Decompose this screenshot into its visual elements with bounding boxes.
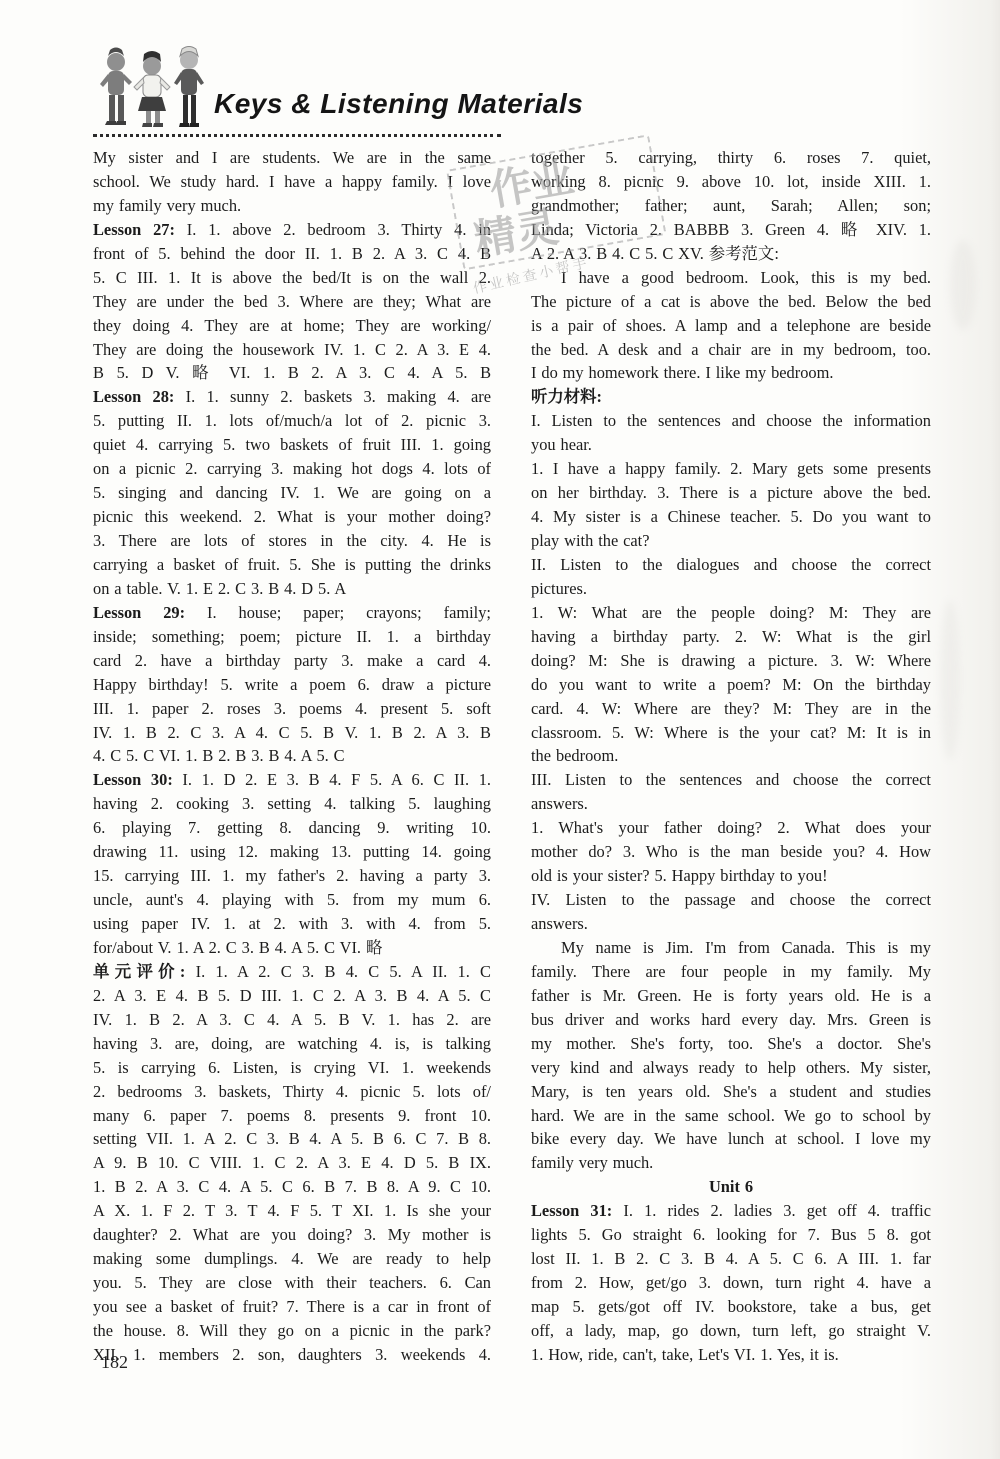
text-line: lost II. 1. B 2. C 3. B 4. A 5. C 6. A I… [531,1247,931,1271]
text-line: 2. bedrooms 3. baskets, Thirty 4. picnic… [93,1080,491,1104]
text-line: family very much. [531,1151,931,1175]
section-heading: Lesson 31: [531,1201,612,1220]
text-line: 3. There are lots of stores in the city.… [93,529,491,553]
text-line: 5. is carrying 6. Listen, is crying VI. … [93,1056,491,1080]
text-line: on a table. V. 1. E 2. C 3. B 4. D 5. A [93,577,491,601]
text-line: inside; something; poem; picture II. 1. … [93,625,491,649]
text-line: answers. [531,792,931,816]
text-line: making some dumplings. 4. We are ready t… [93,1247,491,1271]
text-line: 1. How, ride, can't, take, Let's VI. 1. … [531,1343,931,1367]
right-column: together 5. carrying, thirty 6. roses 7.… [531,146,931,1367]
text-line: A 9. B 10. C VIII. 1. C 2. A 3. E 4. D 5… [93,1151,491,1175]
text-line: my mother. She's forty, too. She's a doc… [531,1032,931,1056]
text-line: I have a good bedroom. Look, this is my … [531,266,931,290]
text-line: grandmother; father; aunt, Sarah; Allen;… [531,194,931,218]
text-line: family. There are four people in my fami… [531,960,931,984]
text-line: Lesson 27: I. 1. above 2. bedroom 3. Thi… [93,218,491,242]
text-line: off, a lady, map, go down, turn left, go… [531,1319,931,1343]
section-heading: Lesson 28: [93,387,174,406]
text-line: 5. C III. 1. It is above the bed/It is o… [93,266,491,290]
section-heading: Lesson 29: [93,603,185,622]
dotted-divider [93,112,501,137]
text-line: 6. playing 7. getting 8. dancing 9. writ… [93,816,491,840]
section-heading: Lesson 30: [93,770,173,789]
text-line: My sister and I are students. We are in … [93,146,491,170]
page-header: Keys & Listening Materials [0,0,1000,148]
text-line: you see a basket of fruit? 7. There is a… [93,1295,491,1319]
text-line: very kind and always ready to help other… [531,1056,931,1080]
text-line: father is Mr. Green. He is forty years o… [531,984,931,1008]
text-line: They are doing the housework IV. 1. C 2.… [93,338,491,362]
text-line: I. Listen to the sentences and choose th… [531,409,931,433]
text-line: using paper IV. 1. at 2. with 3. with 4.… [93,912,491,936]
text-line: do you want to write a poem? M: On the b… [531,673,931,697]
text-line: My name is Jim. I'm from Canada. This is… [531,936,931,960]
text-line: 4. C 5. C VI. 1. B 2. B 3. B 4. A 5. C [93,744,491,768]
text-line: Lesson 31: I. 1. rides 2. ladies 3. get … [531,1199,931,1223]
text-line: Unit 6 [531,1175,931,1199]
text-line: quiet 4. carrying 5. two baskets of frui… [93,433,491,457]
text-line: daughter? 2. What are you doing? 3. My m… [93,1223,491,1247]
text-line: many 6. paper 7. poems 8. presents 9. fr… [93,1104,491,1128]
text-line: 1. I have a happy family. 2. Mary gets s… [531,457,931,481]
text-line: you hear. [531,433,931,457]
text-line: classroom. 5. W: Where is the your cat? … [531,721,931,745]
text-line: pictures. [531,577,931,601]
text-line: bus driver and works hard every day. Mrs… [531,1008,931,1032]
text-line: the house. 8. Will they go on a picnic i… [93,1319,491,1343]
text-line: map 5. gets/got off IV. bookstore, take … [531,1295,931,1319]
text-line: III. 1. paper 2. roses 3. poems 4. prese… [93,697,491,721]
text-line: IV. 1. B 2. A 3. C 4. A 5. B V. 1. has 2… [93,1008,491,1032]
text-line: play with the cat? [531,529,931,553]
text-line: drawing 11. using 12. making 13. putting… [93,840,491,864]
text-line: 5. putting II. 1. lots of/much/a lot of … [93,409,491,433]
text-line: old is your sister? 5. Happy birthday to… [531,864,931,888]
section-heading: Unit 6 [709,1177,753,1196]
section-heading: 听力材料: [531,387,602,406]
text-line: II. Listen to the dialogues and choose t… [531,553,931,577]
scan-smudge [940,600,960,760]
text-line: They are under the bed 3. Where are they… [93,290,491,314]
text-line: III. Listen to the sentences and choose … [531,768,931,792]
text-line: The picture of a cat is above the bed. B… [531,290,931,314]
text-line: IV. 1. B 2. C 3. A 4. C 5. B V. 1. B 2. … [93,721,491,745]
text-line: 听力材料: [531,385,931,409]
text-line: 1. W: What are the people doing? M: They… [531,601,931,625]
page-number: 182 [101,1352,128,1373]
text-line: bike every day. We have lunch at school.… [531,1127,931,1151]
text-line: A 2. A 3. B 4. C 5. C XV. 参考范文: [531,242,931,266]
text-line: Linda; Victoria 2. BABBB 3. Green 4. 略 X… [531,218,931,242]
text-line: on her birthday. 3. There is a picture a… [531,481,931,505]
text-line: setting VII. 1. A 2. C 3. B 4. A 5. B 6.… [93,1127,491,1151]
text-line: the bedroom. [531,744,931,768]
text-line: front of 5. behind the door II. 1. B 2. … [93,242,491,266]
text-line: together 5. carrying, thirty 6. roses 7.… [531,146,931,170]
text-line: answers. [531,912,931,936]
text-line: Happy birthday! 5. write a poem 6. draw … [93,673,491,697]
text-line: B 5. D V. 略 VI. 1. B 2. A 3. C 4. A 5. B [93,361,491,385]
text-line: Lesson 30: I. 1. D 2. E 3. B 4. F 5. A 6… [93,768,491,792]
text-line: my family very much. [93,194,491,218]
text-line: lights 5. Go straight 6. looking for 7. … [531,1223,931,1247]
text-line: uncle, aunt's 4. playing with 5. from my… [93,888,491,912]
text-line: mother do? 3. Who is the man beside you?… [531,840,931,864]
text-line: card. 4. W: Where are they? M: They are … [531,697,931,721]
section-heading: Lesson 27: [93,220,175,239]
text-line: IV. Listen to the passage and choose the… [531,888,931,912]
text-line: picnic this weekend. 2. What is your mot… [93,505,491,529]
text-line: for/about V. 1. A 2. C 3. B 4. A 5. C VI… [93,936,491,960]
text-line: 2. A 3. E 4. B 5. D III. 1. C 2. A 3. B … [93,984,491,1008]
text-line: school. We study hard. I have a happy fa… [93,170,491,194]
text-line: doing? M: She is drawing a picture. 3. W… [531,649,931,673]
text-line: 5. singing and dancing IV. 1. We are goi… [93,481,491,505]
text-line: is a pair of shoes. A lamp and a telepho… [531,314,931,338]
answer-key-page: Keys & Listening Materials My sister and… [0,0,1000,1459]
text-line: XII. 1. members 2. son, daughters 3. wee… [93,1343,491,1367]
text-line: card 2. have a birthday party 3. make a … [93,649,491,673]
section-heading: 单元评价: [93,962,185,981]
text-line: Mary, is ten years old. She's a student … [531,1080,931,1104]
text-line: 单元评价: I. 1. A 2. C 3. B 4. C 5. A II. 1.… [93,960,491,984]
scan-smudge [950,240,976,330]
text-line: they doing 4. They are at home; They are… [93,314,491,338]
text-line: I do my homework there. I like my bedroo… [531,361,931,385]
text-line: working 8. picnic 9. above 10. lot, insi… [531,170,931,194]
text-line: having a birthday party. 2. W: What is t… [531,625,931,649]
text-line: the bed. A desk and a chair are in my be… [531,338,931,362]
text-line: having 3. are, doing, are watching 4. is… [93,1032,491,1056]
text-line: Lesson 28: I. 1. sunny 2. baskets 3. mak… [93,385,491,409]
content-columns: My sister and I are students. We are in … [93,146,931,1367]
text-line: Lesson 29: I. house; paper; crayons; fam… [93,601,491,625]
text-line: hard. We are in the same school. We go t… [531,1104,931,1128]
text-line: from 2. How, get/go 3. down, turn right … [531,1271,931,1295]
text-line: on a picnic 2. carrying 3. making hot do… [93,457,491,481]
text-line: carrying a basket of fruit. 5. She is pu… [93,553,491,577]
text-line: 1. What's your father doing? 2. What doe… [531,816,931,840]
text-line: A X. 1. F 2. T 3. T 4. F 5. T XI. 1. Is … [93,1199,491,1223]
text-line: 4. My sister is a Chinese teacher. 5. Do… [531,505,931,529]
left-column: My sister and I are students. We are in … [93,146,491,1367]
text-line: 15. carrying III. 1. my father's 2. havi… [93,864,491,888]
text-line: you. 5. They are close with their teache… [93,1271,491,1295]
text-line: 1. B 2. A 3. C 4. A 5. C 6. B 7. B 8. A … [93,1175,491,1199]
text-line: having 2. cooking 3. setting 4. talking … [93,792,491,816]
